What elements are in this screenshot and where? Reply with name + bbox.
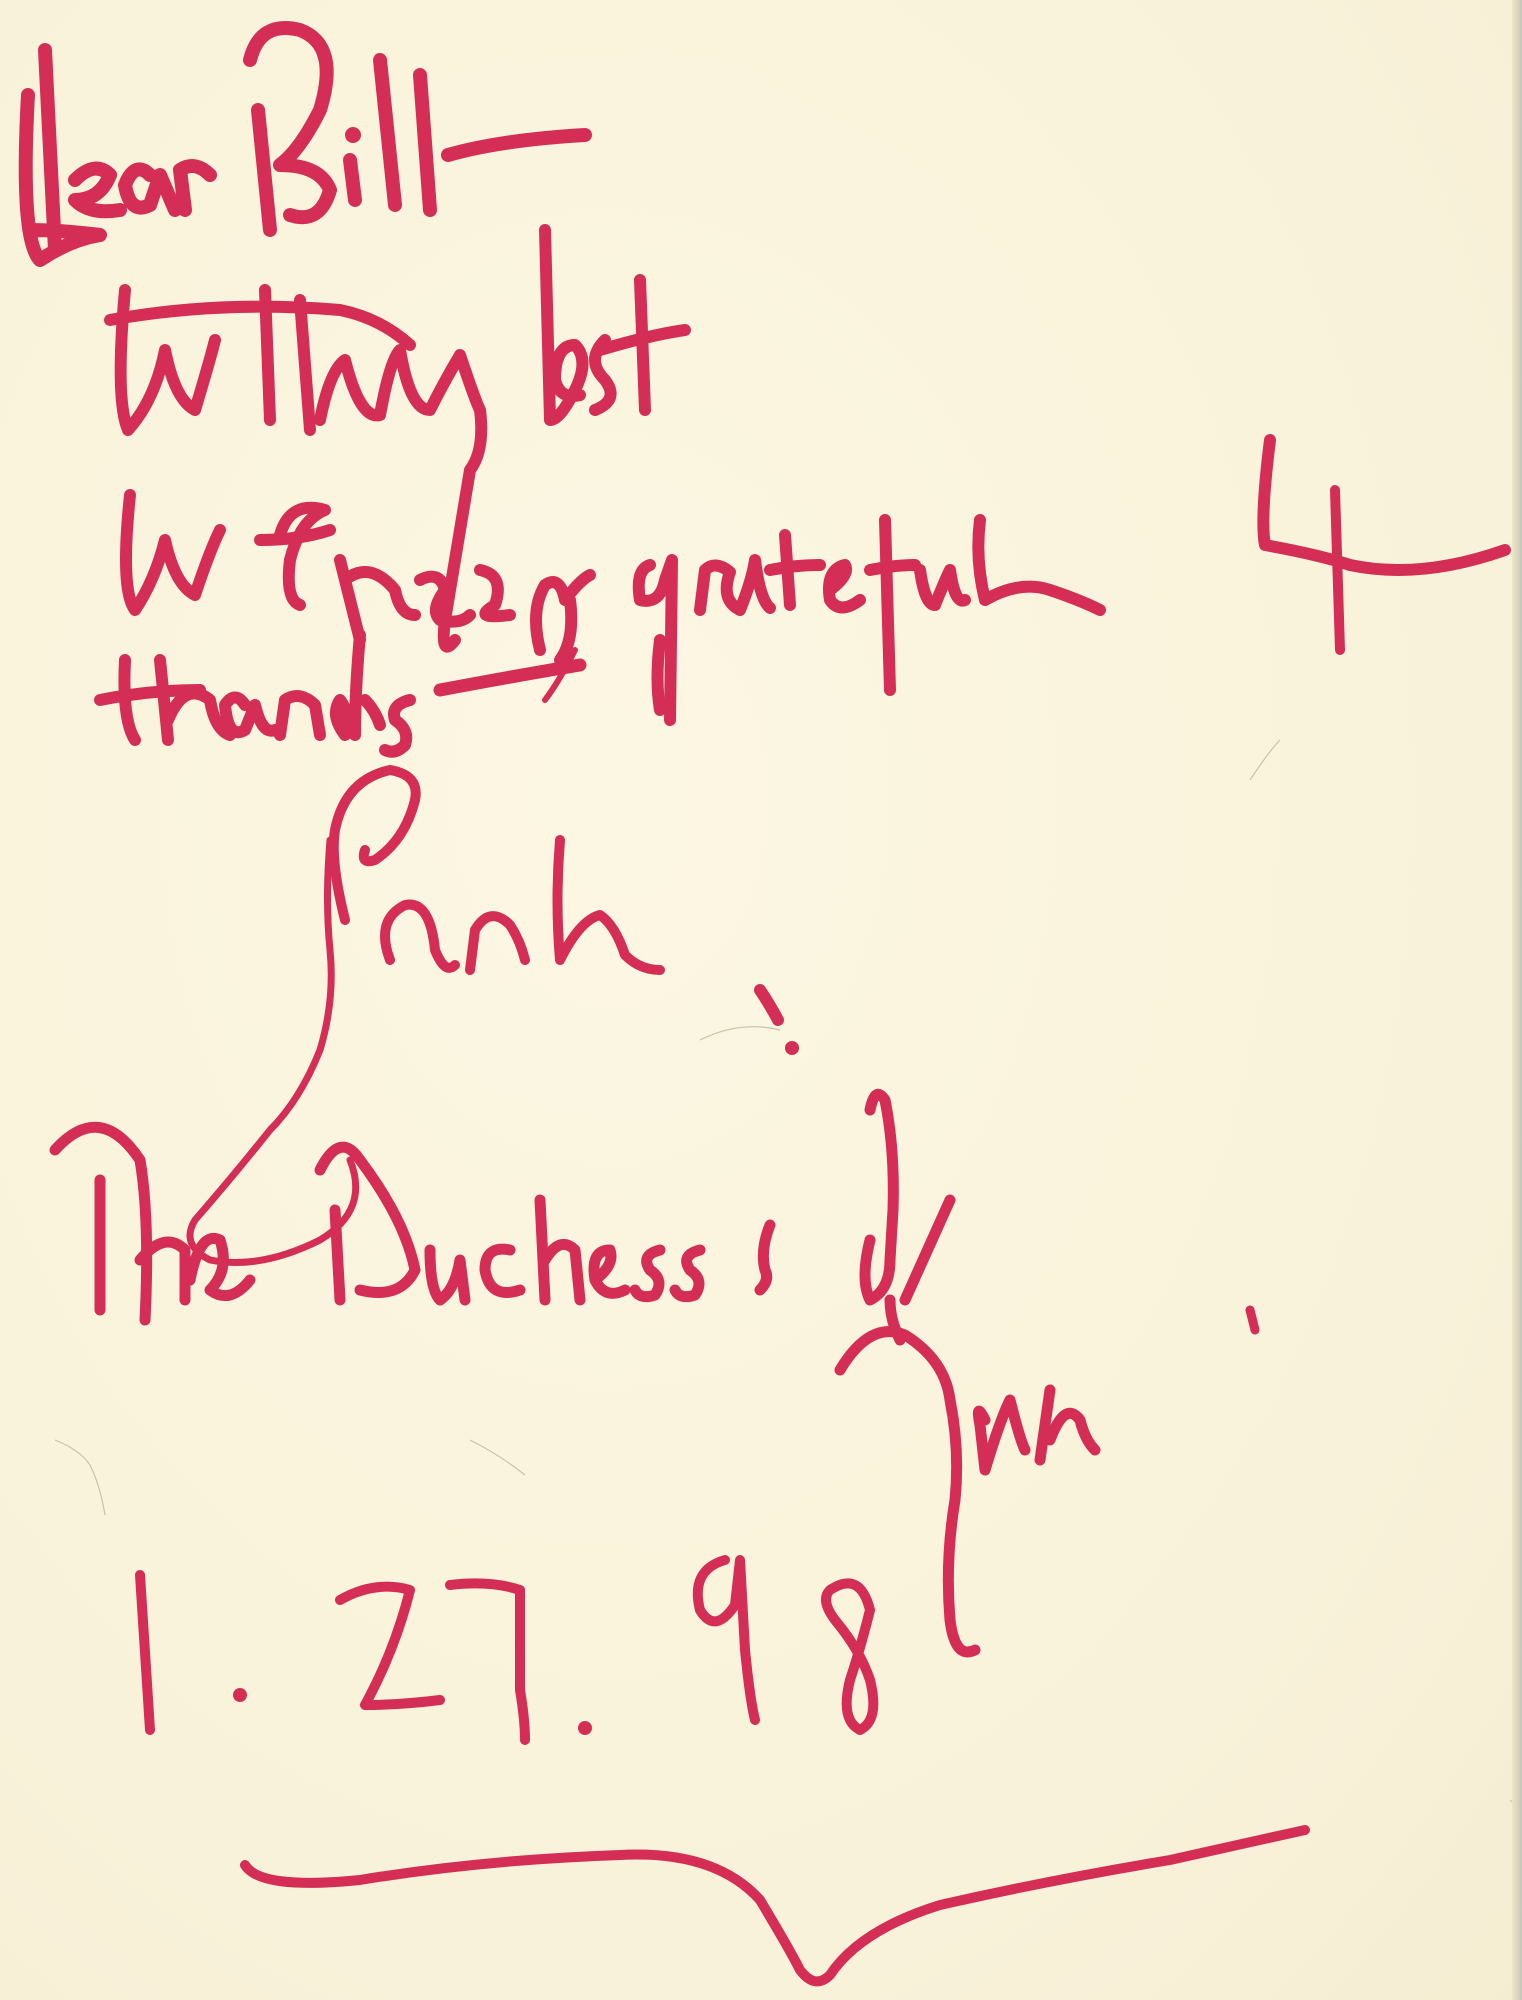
line-sarah — [190, 770, 799, 1263]
handwriting — [0, 0, 1522, 2000]
flourish-underline — [245, 1830, 1305, 1981]
line-date — [140, 1560, 873, 1740]
line-dear-bill — [26, 28, 585, 260]
line-york — [840, 1310, 1255, 1652]
line-duchess-of — [55, 1094, 950, 1340]
note-page: Dear Bill— writing my best wishes & grat… — [0, 0, 1522, 2000]
line-wishes-grateful — [126, 440, 1505, 720]
